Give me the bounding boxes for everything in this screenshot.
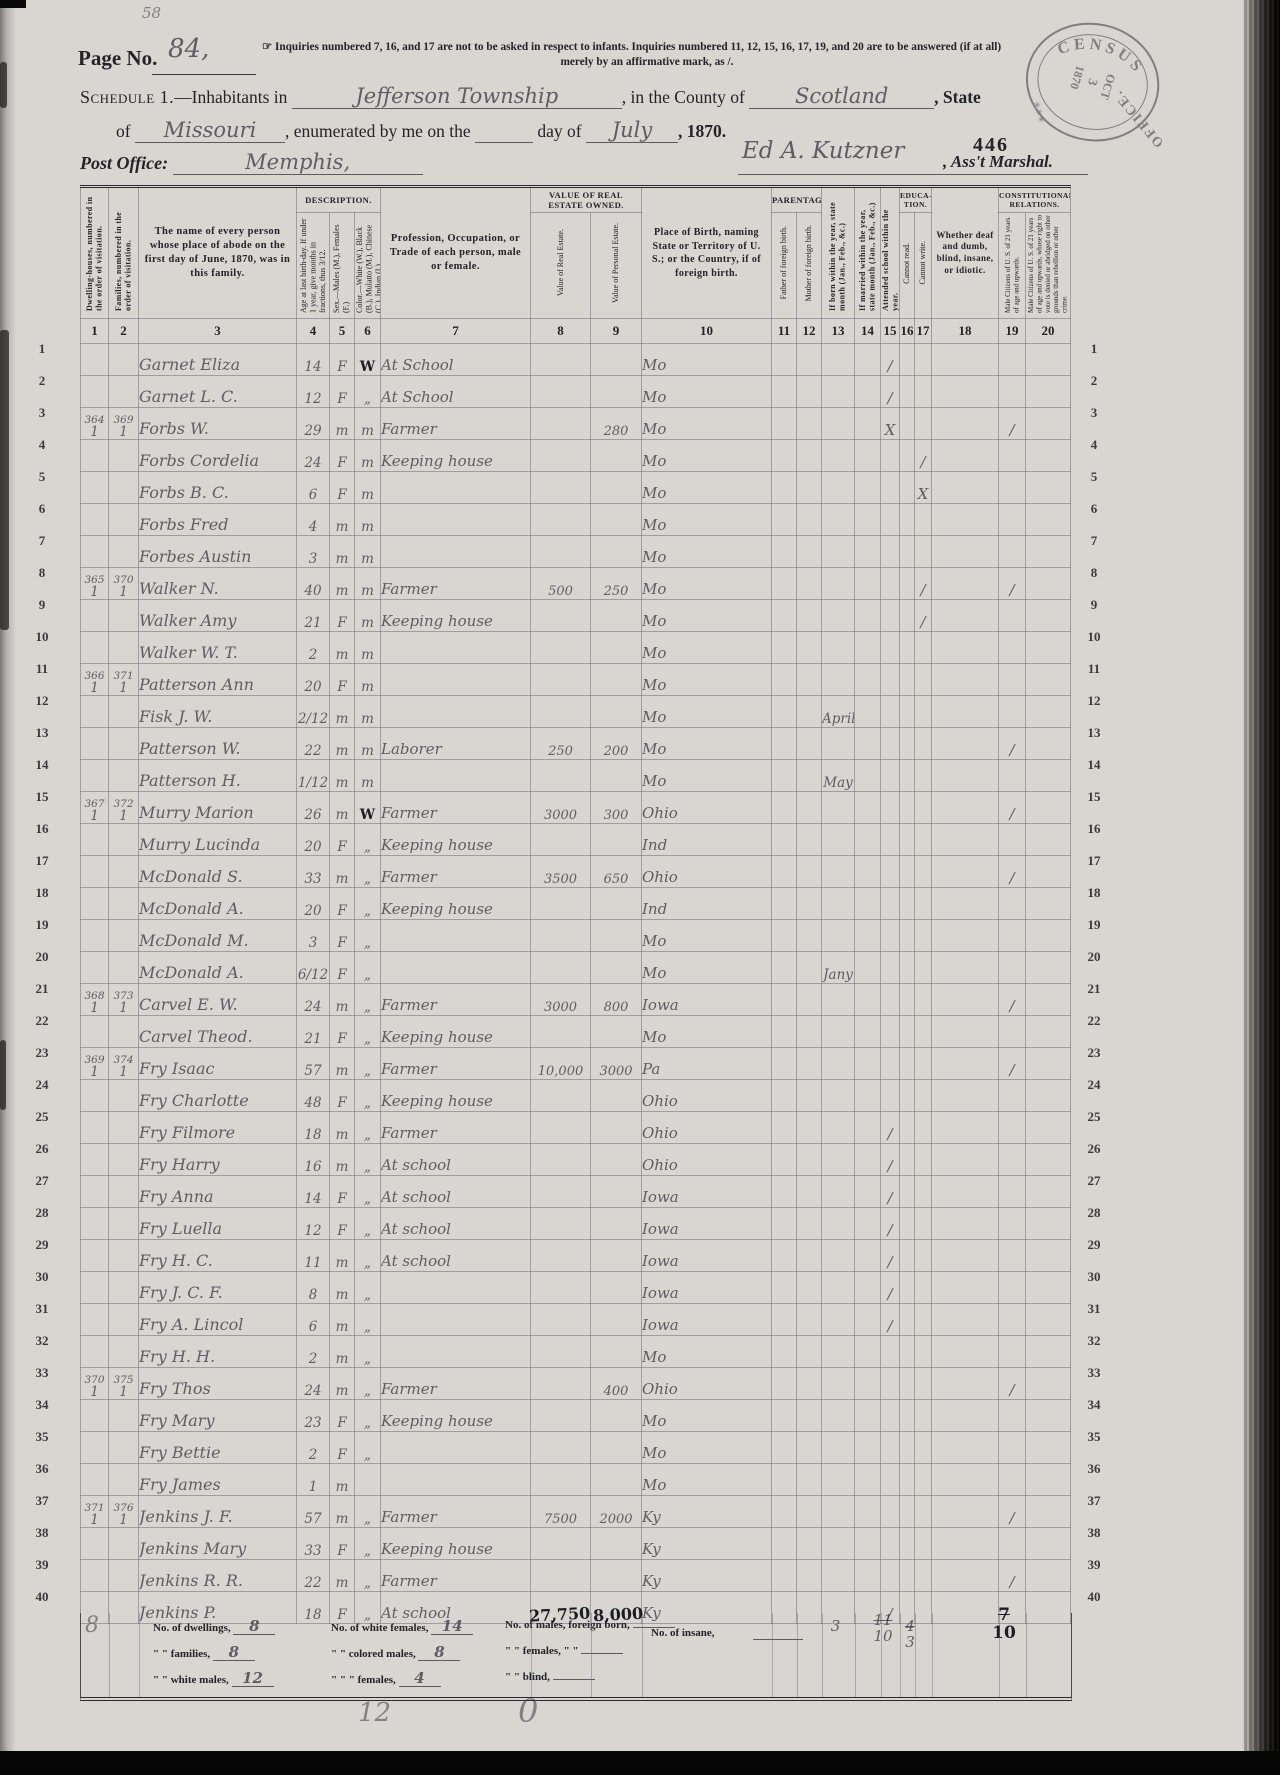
cell-c16	[900, 1016, 915, 1048]
column-number: 9	[591, 319, 642, 344]
cell-c13	[822, 1144, 855, 1176]
table-row: Fry Anna14F„At schoolIowa/	[81, 1176, 1071, 1208]
cell-c15: /	[881, 1304, 900, 1336]
cell-name: Forbs B. C.	[139, 472, 297, 504]
cell-occ: Laborer	[381, 728, 531, 760]
cell-c11	[772, 472, 797, 504]
cell-fam	[109, 888, 139, 920]
cell-fam: 3731	[109, 984, 139, 1016]
cell-c13	[822, 984, 855, 1016]
row-number: 12	[1072, 685, 1116, 717]
cell-c13	[822, 920, 855, 952]
cell-dw	[81, 1272, 109, 1304]
cell-fam: 3701	[109, 568, 139, 600]
cell-c18	[932, 376, 999, 408]
cell-c13	[822, 1432, 855, 1464]
cell-c11	[772, 568, 797, 600]
cell-re: 500	[531, 568, 591, 600]
cell-c15	[881, 1528, 900, 1560]
cell-c11	[772, 1080, 797, 1112]
cell-re	[531, 632, 591, 664]
cell-c11	[772, 824, 797, 856]
col-header-birthplace: Place of Birth, naming State or Territor…	[642, 187, 772, 319]
cell-sex: m	[330, 856, 355, 888]
signature-underline	[738, 174, 1088, 175]
cell-occ: Keeping house	[381, 600, 531, 632]
row-number: 1	[20, 333, 64, 365]
cell-name: Jenkins Mary	[139, 1528, 297, 1560]
cell-birth: Ohio	[642, 792, 772, 824]
cell-c19	[999, 1400, 1026, 1432]
col-header-personal-estate: Value of Personal Estate.	[591, 213, 642, 319]
cell-occ: Farmer	[381, 1496, 531, 1528]
cell-c14	[855, 888, 881, 920]
cell-c19	[999, 600, 1026, 632]
row-number: 9	[20, 589, 64, 621]
cell-c19	[999, 440, 1026, 472]
cell-c11	[772, 536, 797, 568]
cell-c14	[855, 1048, 881, 1080]
cell-age: 11	[297, 1240, 330, 1272]
cell-c11	[772, 1528, 797, 1560]
cell-dw	[81, 536, 109, 568]
col-header-dwellings: Dwelling-houses, numbered in the order o…	[81, 187, 109, 319]
census-table: Dwelling-houses, numbered in the order o…	[80, 185, 1071, 1624]
cell-birth: Mo	[642, 440, 772, 472]
cell-c13	[822, 1240, 855, 1272]
cell-pe	[591, 376, 642, 408]
cell-sex: m	[330, 792, 355, 824]
row-number: 26	[1072, 1133, 1116, 1165]
cell-c13	[822, 472, 855, 504]
cell-c15: /	[881, 1144, 900, 1176]
cell-name: Patterson H.	[139, 760, 297, 792]
cell-c13	[822, 1336, 855, 1368]
cell-age: 2	[297, 632, 330, 664]
cell-c20	[1026, 1048, 1071, 1080]
cell-c13	[822, 408, 855, 440]
cell-c19	[999, 1080, 1026, 1112]
group-education: EDUCA-TION.	[900, 187, 932, 213]
cell-name: Forbs Cordelia	[139, 440, 297, 472]
column-number: 11	[772, 319, 797, 344]
cell-c19	[999, 344, 1026, 376]
cell-c12	[797, 1304, 822, 1336]
cell-c11	[772, 1272, 797, 1304]
table-row: Fry H. C.11m„At schoolIowa/	[81, 1240, 1071, 1272]
cell-c15	[881, 472, 900, 504]
cell-birth: Mo	[642, 728, 772, 760]
cell-age: 14	[297, 1176, 330, 1208]
cell-re	[531, 408, 591, 440]
cell-pe	[591, 1304, 642, 1336]
cell-c11	[772, 920, 797, 952]
row-number: 28	[20, 1197, 64, 1229]
cell-sex: m	[330, 696, 355, 728]
cell-c12	[797, 1368, 822, 1400]
cell-c19	[999, 760, 1026, 792]
cell-name: Fry Harry	[139, 1144, 297, 1176]
cell-re: 3000	[531, 792, 591, 824]
cell-c12	[797, 1080, 822, 1112]
summary-label: " " females, " "	[505, 1645, 581, 1657]
cell-color: m	[355, 728, 381, 760]
cell-c20	[1026, 824, 1071, 856]
table-row: 36613711Patterson Ann20FmMo	[81, 664, 1071, 696]
cell-c17	[915, 1464, 932, 1496]
cell-fam	[109, 824, 139, 856]
cell-age: 6	[297, 472, 330, 504]
cell-occ	[381, 1432, 531, 1464]
cell-c19	[999, 664, 1026, 696]
table-row: Fry Mary23F„Keeping houseMo	[81, 1400, 1071, 1432]
cell-color: „	[355, 1016, 381, 1048]
cell-c11	[772, 1560, 797, 1592]
summary-label: " " families,	[153, 1648, 213, 1660]
cell-sex: F	[330, 376, 355, 408]
cell-c16	[900, 1560, 915, 1592]
cell-age: 29	[297, 408, 330, 440]
inquiries-line1: ☞ Inquiries numbered 7, 16, and 17 are n…	[262, 41, 1001, 53]
cell-re	[531, 344, 591, 376]
cell-c14	[855, 1464, 881, 1496]
township-value: Jefferson Township	[355, 84, 558, 108]
cell-c16	[900, 792, 915, 824]
cell-pe: 280	[591, 408, 642, 440]
cell-color: W	[355, 792, 381, 824]
cell-c20	[1026, 856, 1071, 888]
row-number: 33	[1072, 1357, 1116, 1389]
column-number: 1	[81, 319, 109, 344]
cell-c19	[999, 1208, 1026, 1240]
cell-c17: X	[915, 472, 932, 504]
cell-c11	[772, 1176, 797, 1208]
cell-c16	[900, 376, 915, 408]
cell-occ	[381, 504, 531, 536]
cell-dw	[81, 856, 109, 888]
footer-column-line	[822, 1613, 823, 1697]
summary-line: " " white males, 12" " " females, 4" " b…	[153, 1671, 693, 1697]
cell-c17: /	[915, 600, 932, 632]
cell-occ: Keeping house	[381, 888, 531, 920]
cell-c12	[797, 1528, 822, 1560]
row-number: 37	[1072, 1485, 1116, 1517]
cell-c19	[999, 472, 1026, 504]
footer-column-line	[797, 1613, 798, 1697]
cell-name: Patterson W.	[139, 728, 297, 760]
cell-age: 16	[297, 1144, 330, 1176]
cell-c15: /	[881, 376, 900, 408]
table-row: Fry A. Lincol6m„Iowa/	[81, 1304, 1071, 1336]
cell-dw: 3661	[81, 664, 109, 696]
cell-name: Walker N.	[139, 568, 297, 600]
cell-c19: /	[999, 568, 1026, 600]
page-left-edge	[0, 0, 16, 1775]
cell-c20	[1026, 376, 1071, 408]
cell-name: McDonald S.	[139, 856, 297, 888]
cell-c18	[932, 408, 999, 440]
row-number: 17	[1072, 845, 1116, 877]
cell-birth: Mo	[642, 344, 772, 376]
county-value: Scotland	[795, 84, 888, 108]
row-number: 34	[1072, 1389, 1116, 1421]
cell-re	[531, 920, 591, 952]
cell-c15	[881, 888, 900, 920]
cell-c16	[900, 1400, 915, 1432]
table-row: Forbs Cordelia24FmKeeping houseMo/	[81, 440, 1071, 472]
footer-column-line	[531, 1613, 532, 1697]
cell-sex: F	[330, 344, 355, 376]
cell-sex: F	[330, 1432, 355, 1464]
cell-fam: 3711	[109, 664, 139, 696]
cell-c13	[822, 1304, 855, 1336]
cell-pe	[591, 952, 642, 984]
col-header-real-estate: Value of Real Estate.	[531, 213, 591, 319]
cell-c18	[932, 472, 999, 504]
cell-color: m	[355, 536, 381, 568]
cell-dw	[81, 440, 109, 472]
cell-sex: m	[330, 1304, 355, 1336]
cell-dw	[81, 600, 109, 632]
cell-re	[531, 1528, 591, 1560]
cell-c16	[900, 440, 915, 472]
row-number: 3	[20, 397, 64, 429]
cell-c14	[855, 728, 881, 760]
cell-c18	[932, 1336, 999, 1368]
cell-birth: Mo	[642, 536, 772, 568]
cell-pe	[591, 920, 642, 952]
cell-birth: Ohio	[642, 1080, 772, 1112]
cell-pe: 800	[591, 984, 642, 1016]
cell-c15: X	[881, 408, 900, 440]
tally-col15: 1110	[871, 1613, 895, 1645]
column-number: 8	[531, 319, 591, 344]
table-row: Fry Filmore18m„FarmerOhio/	[81, 1112, 1071, 1144]
cell-birth: Mo	[642, 568, 772, 600]
table-row: 36713721Murry Marion26mWFarmer3000300Ohi…	[81, 792, 1071, 824]
cell-pe	[591, 1144, 642, 1176]
table-row: McDonald S.33m„Farmer3500650Ohio/	[81, 856, 1071, 888]
cell-dw	[81, 504, 109, 536]
cell-c18	[932, 1528, 999, 1560]
cell-fam	[109, 920, 139, 952]
cell-c15: /	[881, 1112, 900, 1144]
cell-c20	[1026, 600, 1071, 632]
cell-occ: At School	[381, 344, 531, 376]
row-number: 3	[1072, 397, 1116, 429]
col-header-mother-foreign: Mother of foreign birth.	[797, 213, 822, 319]
cell-dw	[81, 1336, 109, 1368]
cell-c14	[855, 472, 881, 504]
cell-dw	[81, 472, 109, 504]
summary-label: " " white males,	[153, 1674, 232, 1686]
cell-fam	[109, 696, 139, 728]
cell-c12	[797, 888, 822, 920]
cell-birth: Mo	[642, 504, 772, 536]
cell-birth: Iowa	[642, 1240, 772, 1272]
cell-c11	[772, 632, 797, 664]
cell-dw	[81, 1304, 109, 1336]
cell-c13	[822, 1176, 855, 1208]
cell-c14	[855, 1368, 881, 1400]
cell-age: 8	[297, 1272, 330, 1304]
cell-occ: Keeping house	[381, 824, 531, 856]
cell-c12	[797, 1464, 822, 1496]
cell-c16	[900, 408, 915, 440]
cell-occ: Keeping house	[381, 440, 531, 472]
insane-label: No. of insane,	[651, 1627, 715, 1639]
cell-c20	[1026, 1272, 1071, 1304]
cell-c12	[797, 952, 822, 984]
cell-c15	[881, 1016, 900, 1048]
footer-column-line	[900, 1613, 901, 1697]
cell-fam	[109, 952, 139, 984]
cell-c12	[797, 1208, 822, 1240]
cell-birth: Iowa	[642, 1208, 772, 1240]
cell-dw	[81, 696, 109, 728]
cell-sex: m	[330, 1048, 355, 1080]
cell-age: 33	[297, 856, 330, 888]
cell-c11	[772, 728, 797, 760]
cell-c16	[900, 600, 915, 632]
cell-c16	[900, 952, 915, 984]
cell-c12	[797, 664, 822, 696]
tally-col16: 43	[899, 1619, 921, 1651]
cell-c14	[855, 856, 881, 888]
cell-occ	[381, 536, 531, 568]
cell-fam	[109, 440, 139, 472]
row-number: 21	[1072, 973, 1116, 1005]
cell-color: m	[355, 472, 381, 504]
cell-birth: Mo	[642, 1432, 772, 1464]
group-constitutional: CONSTITUTIONAL RELATIONS.	[999, 187, 1071, 213]
cell-c11	[772, 408, 797, 440]
cell-c19: /	[999, 1560, 1026, 1592]
cell-c16	[900, 536, 915, 568]
cell-c20	[1026, 760, 1071, 792]
cell-c15	[881, 1048, 900, 1080]
cell-c14	[855, 568, 881, 600]
cell-c16	[900, 856, 915, 888]
cell-c14	[855, 1144, 881, 1176]
cell-re	[531, 1208, 591, 1240]
column-number: 5	[330, 319, 355, 344]
column-number: 12	[797, 319, 822, 344]
cell-c11	[772, 792, 797, 824]
summary-label: No. of dwellings,	[153, 1622, 233, 1634]
cell-dw	[81, 1432, 109, 1464]
cell-c19	[999, 536, 1026, 568]
cell-c16	[900, 984, 915, 1016]
cell-pe	[591, 1400, 642, 1432]
cell-c14	[855, 1080, 881, 1112]
cell-c17	[915, 1304, 932, 1336]
cell-age: 20	[297, 664, 330, 696]
cell-age: 3	[297, 536, 330, 568]
summary-box: No. of dwellings, 8No. of white females,…	[153, 1619, 693, 1695]
table-row: Fry Luella12F„At schoolIowa/	[81, 1208, 1071, 1240]
row-number: 25	[1072, 1101, 1116, 1133]
edge-smudge	[0, 330, 9, 630]
cell-color: „	[355, 984, 381, 1016]
cell-c18	[932, 728, 999, 760]
table-row: McDonald M.3F„Mo	[81, 920, 1071, 952]
cell-occ: At school	[381, 1208, 531, 1240]
cell-c17	[915, 1528, 932, 1560]
gutter-left: 1234567891011121314151617181920212223242…	[20, 333, 64, 1613]
cell-c16	[900, 1176, 915, 1208]
cell-color: „	[355, 856, 381, 888]
cell-c11	[772, 1112, 797, 1144]
cell-c16	[900, 1432, 915, 1464]
state-suffix: , State	[934, 87, 981, 107]
row-number: 14	[20, 749, 64, 781]
cell-c13	[822, 1368, 855, 1400]
cell-pe: 3000	[591, 1048, 642, 1080]
cell-dw	[81, 376, 109, 408]
cell-c14	[855, 1176, 881, 1208]
summary-item: " " families, 8	[153, 1645, 255, 1661]
cell-age: 24	[297, 984, 330, 1016]
cell-pe	[591, 1176, 642, 1208]
row-number: 28	[1072, 1197, 1116, 1229]
cell-birth: Iowa	[642, 1272, 772, 1304]
cell-re	[531, 1432, 591, 1464]
cell-birth: Mo	[642, 1464, 772, 1496]
cell-name: Fry Bettie	[139, 1432, 297, 1464]
cell-fam: 3691	[109, 408, 139, 440]
cell-c14	[855, 1304, 881, 1336]
cell-c15	[881, 728, 900, 760]
cell-re	[531, 1144, 591, 1176]
cell-sex: F	[330, 1208, 355, 1240]
row-number: 6	[1072, 493, 1116, 525]
row-number: 33	[20, 1357, 64, 1389]
cell-c19	[999, 1336, 1026, 1368]
column-number: 18	[932, 319, 999, 344]
col-header-born-month: If born within the year, state month (Ja…	[822, 187, 855, 319]
cell-age: 24	[297, 440, 330, 472]
summary-value	[581, 1653, 623, 1654]
summary-value: 8	[233, 1619, 275, 1635]
cell-c15	[881, 568, 900, 600]
cell-c18	[932, 1112, 999, 1144]
row-number: 24	[1072, 1069, 1116, 1101]
row-number: 13	[20, 717, 64, 749]
cell-c13	[822, 504, 855, 536]
footer-column-line	[642, 1613, 643, 1697]
cell-c13	[822, 1112, 855, 1144]
cell-pe: 200	[591, 728, 642, 760]
cell-c20	[1026, 1368, 1071, 1400]
cell-c19	[999, 1112, 1026, 1144]
cell-color: m	[355, 408, 381, 440]
row-number: 7	[1072, 525, 1116, 557]
cell-re	[531, 696, 591, 728]
marshal-title: , Ass't Marshal.	[943, 152, 1053, 172]
cell-c20	[1026, 1112, 1071, 1144]
cell-sex: m	[330, 632, 355, 664]
cell-re: 10,000	[531, 1048, 591, 1080]
cell-fam	[109, 1208, 139, 1240]
cell-age: 48	[297, 1080, 330, 1112]
cell-c12	[797, 632, 822, 664]
cell-sex: m	[330, 1112, 355, 1144]
cell-c12	[797, 376, 822, 408]
cell-c19: /	[999, 1048, 1026, 1080]
row-number: 11	[20, 653, 64, 685]
cell-fam	[109, 728, 139, 760]
